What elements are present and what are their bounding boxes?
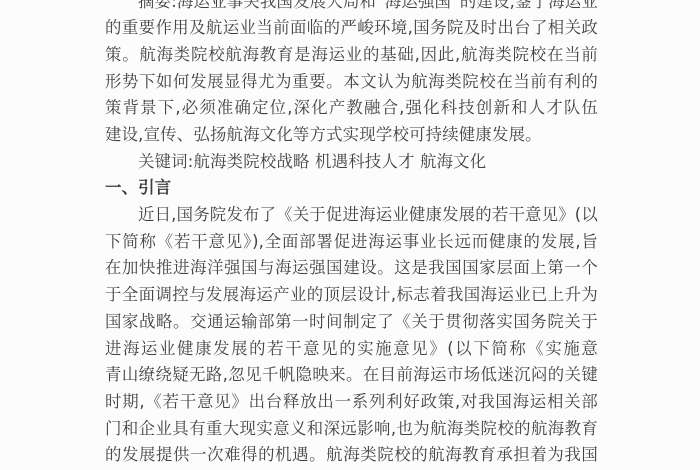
text-line: 策。航海类院校航海教育是海运业的基础,因此,航海类院校在当前 bbox=[105, 42, 598, 69]
abstract-last-line: 建设,宣传、弘扬航海文化等方式实现学校可持续健康发展。 bbox=[105, 122, 598, 149]
text-line: 门和企业具有重大现实意义和深远影响,也为航海类院校的航海教育 bbox=[105, 416, 598, 443]
text-line: 国家战略。交通运输部第一时间制定了《关于贯彻落实国务院关于促 bbox=[105, 309, 598, 336]
section-heading-introduction: 一、引言 bbox=[105, 175, 598, 202]
text-line: 的重要作用及航运业当前面临的严峻环境,国务院及时出台了相关政 bbox=[105, 15, 598, 42]
paragraph-first-line: 近日,国务院发布了《关于促进海运业健康发展的若干意见》(以 bbox=[105, 202, 598, 229]
text-line: 青山缭绕疑无路,忽见千帆隐映来。在目前海运市场低迷沉闷的关键 bbox=[105, 362, 598, 389]
abstract-first-line-partial: 摘要:海运业事关我国发展大局和“海运强国”的建设,鉴于海运业 bbox=[105, 0, 598, 15]
text-line: 时期,《若干意见》出台释放出一系列利好政策,对我国海运相关部 bbox=[105, 389, 598, 416]
document-page: 摘要:海运业事关我国发展大局和“海运强国”的建设,鉴于海运业 的重要作用及航运业… bbox=[0, 0, 700, 470]
text-line: 下简称《若干意见》),全面部署促进海运事业长远而健康的发展,旨 bbox=[105, 229, 598, 256]
article-text-column: 摘要:海运业事关我国发展大局和“海运强国”的建设,鉴于海运业 的重要作用及航运业… bbox=[105, 0, 598, 469]
text-line: 策背景下,必须准确定位,深化产教融合,强化科技创新和人才队伍 bbox=[105, 95, 598, 122]
keywords-line: 关键词:航海类院校战略 机遇科技人才 航海文化 bbox=[105, 149, 598, 176]
text-line: 形势下如何发展显得尤为重要。本文认为航海类院校在当前有利的政 bbox=[105, 69, 598, 96]
text-line: 在加快推进海洋强国与海运强国建设。这是我国国家层面上第一个关 bbox=[105, 255, 598, 282]
text-line: 于全面调控与发展海运产业的顶层设计,标志着我国海运业已上升为 bbox=[105, 282, 598, 309]
text-line: 进海运业健康发展的若干意见的实施意见》(以下简称《实施意见》)。 bbox=[105, 336, 598, 363]
text-line-bottom-partial: 的发展提供一次难得的机遇。航海类院校的航海教育承担着为我国海 bbox=[105, 442, 598, 469]
